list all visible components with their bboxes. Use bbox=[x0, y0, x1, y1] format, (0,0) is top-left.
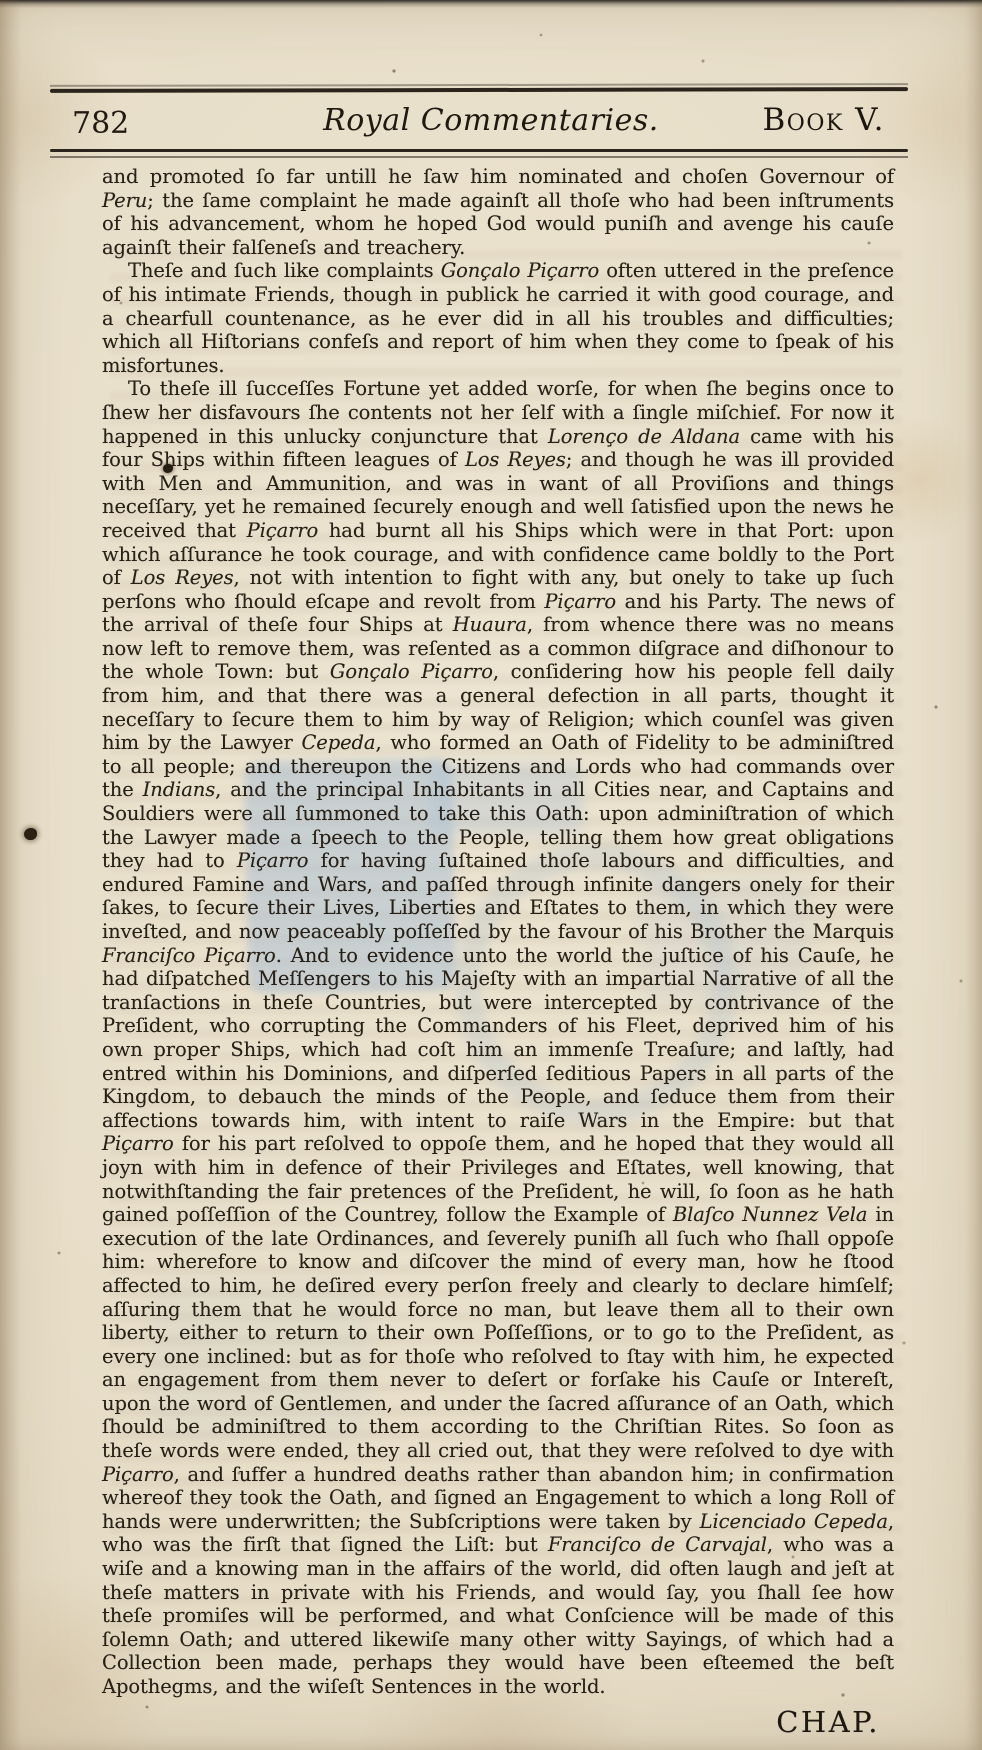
catchword: CHAP. bbox=[102, 1711, 894, 1735]
paragraph: Theſe and ſuch like complaints Gonçalo P… bbox=[102, 259, 894, 377]
header-rule-bottom-thick bbox=[50, 149, 908, 152]
page-edge-shadow-right bbox=[964, 0, 982, 1750]
body-text: and promoted ſo far untill he ſaw him no… bbox=[102, 165, 894, 1734]
header-rule-top-thin bbox=[50, 83, 908, 86]
header-rule-top-thick bbox=[50, 87, 908, 92]
ink-blot bbox=[24, 828, 37, 840]
page-edge-shadow-left bbox=[0, 0, 22, 1750]
paragraph: To theſe ill ſucceſſes Fortune yet added… bbox=[102, 377, 894, 1698]
paper-specks bbox=[0, 0, 2, 2]
header-rule-bottom-thin bbox=[50, 156, 908, 158]
paragraph: and promoted ſo far untill he ſaw him no… bbox=[102, 165, 894, 259]
scan-edge bbox=[0, 0, 982, 8]
book-page-scan: 782 Royal Commentaries. Book V. and prom… bbox=[0, 0, 982, 1750]
book-label: Book V. bbox=[763, 102, 885, 138]
